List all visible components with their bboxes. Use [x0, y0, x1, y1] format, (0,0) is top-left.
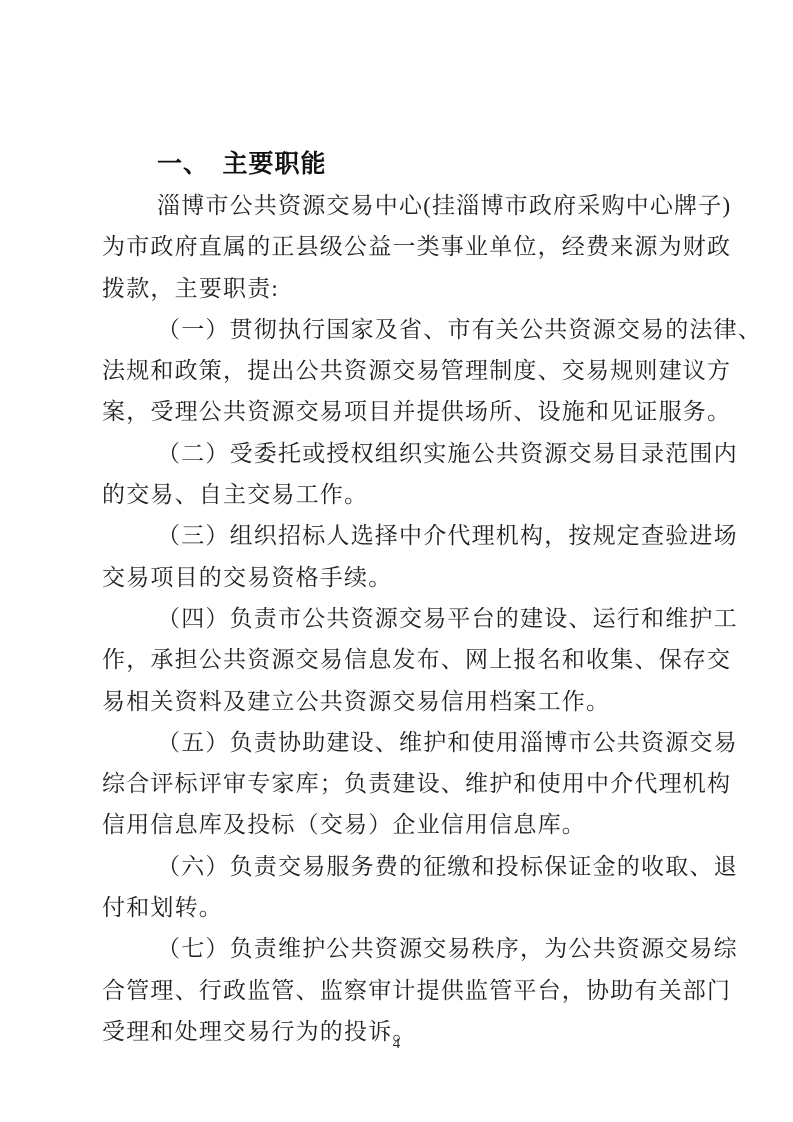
text-line: 的交易、自主交易工作。 [102, 474, 702, 515]
text-line: 法规和政策，提出公共资源交易管理制度、交易规则建议方 [102, 350, 702, 391]
text-line: （五）负责协助建设、维护和使用淄博市公共资源交易 [102, 722, 702, 763]
paragraph-item-2: （二）受委托或授权组织实施公共资源交易目录范围内 的交易、自主交易工作。 [102, 433, 702, 516]
paragraph-item-1: （一）贯彻执行国家及省、市有关公共资源交易的法律、 法规和政策，提出公共资源交易… [102, 309, 702, 433]
text-line: 合管理、行政监管、监察审计提供监管平台，协助有关部门 [102, 970, 702, 1011]
paragraph-item-3: （三）组织招标人选择中介代理机构，按规定查验进场 交易项目的交易资格手续。 [102, 515, 702, 598]
text-line: （七）负责维护公共资源交易秩序，为公共资源交易综 [102, 928, 702, 969]
text-line: （六）负责交易服务费的征缴和投标保证金的收取、退 [102, 846, 702, 887]
text-line: 作，承担公共资源交易信息发布、网上报名和收集、保存交 [102, 639, 702, 680]
text-line: 为市政府直属的正县级公益一类事业单位，经费来源为财政 [102, 226, 702, 267]
paragraph-item-4: （四）负责市公共资源交易平台的建设、运行和维护工 作，承担公共资源交易信息发布、… [102, 598, 702, 722]
text-line: （三）组织招标人选择中介代理机构，按规定查验进场 [102, 515, 702, 556]
text-line: 案，受理公共资源交易项目并提供场所、设施和见证服务。 [102, 391, 702, 432]
document-body: 一、 主要职能 淄博市公共资源交易中心(挂淄博市政府采购中心牌子) 为市政府直属… [102, 143, 702, 1052]
paragraph-item-6: （六）负责交易服务费的征缴和投标保证金的收取、退 付和划转。 [102, 846, 702, 929]
text-line: 交易项目的交易资格手续。 [102, 557, 702, 598]
text-line: （四）负责市公共资源交易平台的建设、运行和维护工 [102, 598, 702, 639]
paragraph-intro: 淄博市公共资源交易中心(挂淄博市政府采购中心牌子) 为市政府直属的正县级公益一类… [102, 185, 702, 309]
text-line: 拨款，主要职责: [102, 268, 702, 309]
page-number: 4 [0, 1036, 793, 1053]
text-line: 易相关资料及建立公共资源交易信用档案工作。 [102, 681, 702, 722]
section-heading: 一、 主要职能 [102, 143, 702, 185]
text-line: 淄博市公共资源交易中心(挂淄博市政府采购中心牌子) [102, 185, 702, 226]
text-line: （一）贯彻执行国家及省、市有关公共资源交易的法律、 [102, 309, 702, 350]
text-line: 信用信息库及投标（交易）企业信用信息库。 [102, 804, 702, 845]
text-line: 综合评标评审专家库；负责建设、维护和使用中介代理机构 [102, 763, 702, 804]
text-line: （二）受委托或授权组织实施公共资源交易目录范围内 [102, 433, 702, 474]
text-line: 付和划转。 [102, 887, 702, 928]
paragraph-item-5: （五）负责协助建设、维护和使用淄博市公共资源交易 综合评标评审专家库；负责建设、… [102, 722, 702, 846]
paragraph-item-7: （七）负责维护公共资源交易秩序，为公共资源交易综 合管理、行政监管、监察审计提供… [102, 928, 702, 1052]
document-page: 一、 主要职能 淄博市公共资源交易中心(挂淄博市政府采购中心牌子) 为市政府直属… [0, 0, 793, 1122]
